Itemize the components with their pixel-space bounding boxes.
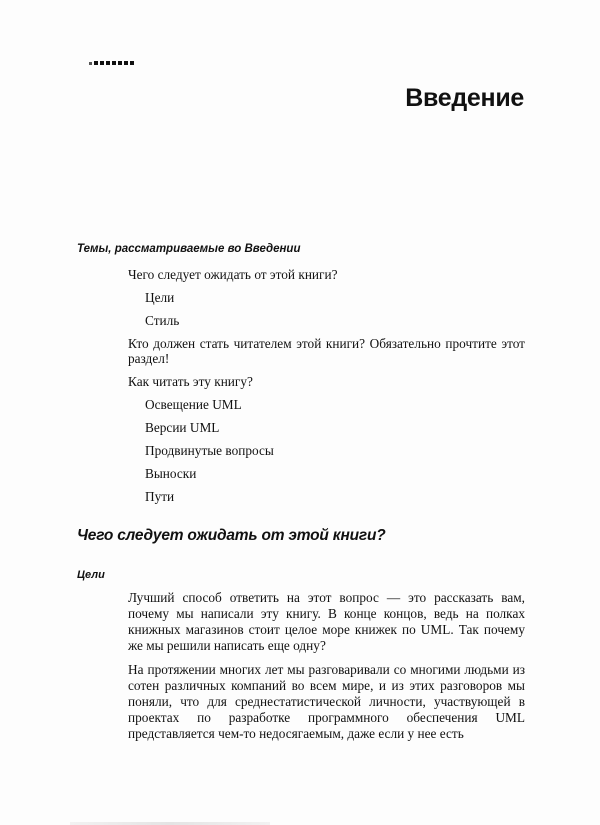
topic-item: Чего следует ожидать от этой книги? <box>128 267 525 282</box>
topic-item: Пути <box>128 489 525 504</box>
section-title: Чего следует ожидать от этой книги? <box>77 527 386 545</box>
dotted-rule-icon <box>89 61 134 65</box>
dot <box>94 61 98 65</box>
topic-item: Выноски <box>128 466 525 481</box>
dot <box>112 61 116 65</box>
topic-item: Версии UML <box>128 420 525 435</box>
dot <box>100 61 104 65</box>
topic-item: Стиль <box>128 313 525 328</box>
chapter-title: Введение <box>405 84 524 113</box>
topics-heading: Темы, рассматриваемые во Введении <box>77 243 300 255</box>
topic-item: Цели <box>128 290 525 305</box>
paragraph: На протяжении многих лет мы разговаривал… <box>128 662 525 742</box>
topic-item: Освещение UML <box>128 397 525 412</box>
dot <box>124 61 128 65</box>
topic-item: Кто должен стать читателем этой книги? О… <box>128 336 525 366</box>
body-text: Лучший способ ответить на этот вопрос — … <box>128 590 525 750</box>
paragraph: Лучший способ ответить на этот вопрос — … <box>128 590 525 654</box>
topic-item: Как читать эту книгу? <box>128 374 525 389</box>
dot <box>130 61 134 65</box>
dot <box>106 61 110 65</box>
dot <box>118 61 122 65</box>
topic-item: Продвинутые вопросы <box>128 443 525 458</box>
topics-list: Чего следует ожидать от этой книги? Цели… <box>128 267 525 512</box>
subsection-title: Цели <box>77 569 105 581</box>
dot <box>89 62 92 65</box>
